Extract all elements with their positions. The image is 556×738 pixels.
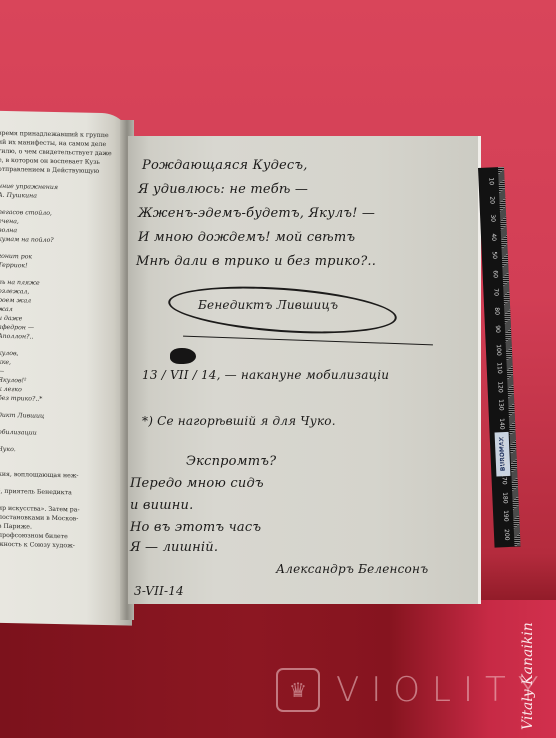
signature-underline [183,336,433,346]
left-page-line: жность к Союзу худож- [0,540,118,552]
signature-livshits: Бенедиктъ Лившицъ [198,298,338,312]
ruler-tick-label: 170 [500,473,507,485]
footnote-line: *) Се нагорѣвшій я для Чуко. [142,414,336,428]
ruler-tick-label: 30 [489,214,496,222]
violity-watermark: ♛ VIOLITY [276,668,551,712]
left-page-text: время принадлежавший к группеий их маниф… [0,129,118,552]
ruler-tick-label: 200 [503,528,510,540]
poem-2-line-2: и вишни. [130,498,193,513]
poem-2-title: Экспромтъ? [186,454,276,469]
ruler-tick-label: 150 [499,436,506,448]
ruler-tick-label: 140 [498,418,505,430]
ruler-tick-label: 70 [492,288,499,296]
poem-2-line-3: Но въ этотъ часъ [130,520,261,535]
ruler-tick-label: 50 [491,251,498,259]
poem-1-line-5: Мнѣ дали в трико и без трико?.. [136,254,376,269]
ruler-tick-label: 60 [491,270,498,278]
poem-1-line-2: Я удивлюсь: не тебѣ — [138,182,308,197]
ruler-tick-label: 160 [500,455,507,467]
signature-belenson: Александръ Беленсонъ [276,562,428,576]
ruler-tick-label: 110 [495,362,502,374]
poem-1-line-4: И мною дождемъ! мой свѣтъ [138,230,355,245]
date-line: 13 / VII / 14, — накануне мобилизаціи [142,368,389,382]
ruler-tick-label: 120 [496,381,503,393]
manuscript-facsimile-page: Рождающаяся Кудесъ, Я удивлюсь: не тебѣ … [128,136,478,604]
watermark-text: VIOLITY [336,670,551,710]
poem-2-line-4: Я — лишній. [130,540,218,555]
ruler-tick-label: 90 [494,325,501,333]
date-2: 3-VII-14 [134,584,184,598]
poem-1-line-1: Рождающаяся Кудесъ, [142,158,308,173]
crown-icon: ♛ [276,668,320,712]
ruler-tick-label: 190 [502,510,509,522]
ruler-tick-label: 10 [487,177,494,185]
ruler-tick-label: 40 [490,233,497,241]
ruler-tick-label: 100 [495,344,502,356]
poem-2-line-1: Передо мною сидъ [130,476,264,491]
photographer-signature: Vitaly Kanaikin [520,622,536,730]
ruler-tick-label: 180 [501,491,508,503]
ruler-tick-label: 20 [488,196,495,204]
ruler-tick-label: 80 [493,307,500,315]
left-book-page: время принадлежавший к группеий их маниф… [0,110,132,625]
poem-1-line-3: Жженъ-эдемъ-будетъ, Якулъ! — [138,206,375,221]
ink-blot [170,348,196,364]
ruler-tick-label: 130 [497,399,504,411]
